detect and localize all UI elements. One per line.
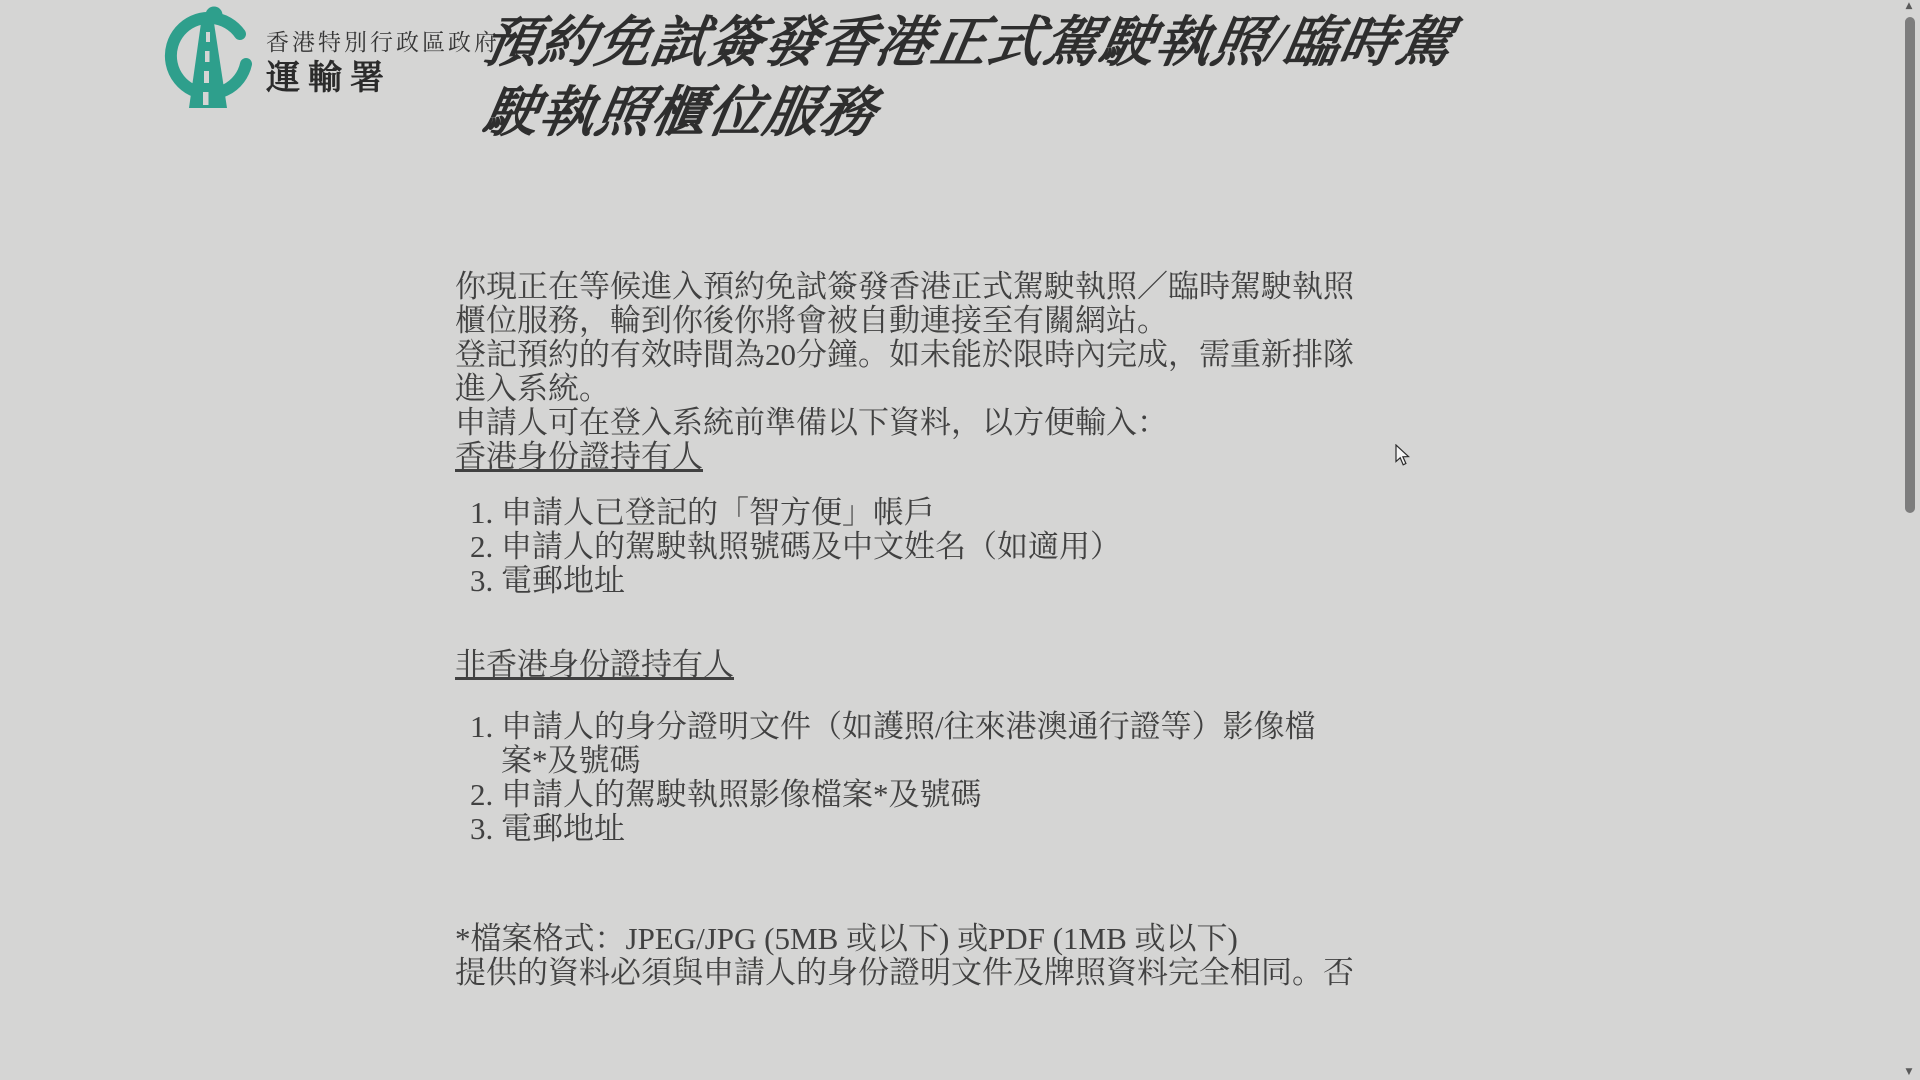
non-hkid-holders-list: 申請人的身分證明文件（如護照/往來港澳通行證等）影像檔案*及號碼 申請人的駕駛執… [455, 710, 1371, 846]
dept-name: 運輸署 [266, 58, 500, 100]
hkid-holders-list: 申請人已登記的「智方便」帳戶 申請人的駕駛執照號碼及中文姓名（如適用） 電郵地址 [455, 496, 1371, 598]
queue-notice: 你現正在等候進入預約免試簽發香港正式駕駛執照／臨時駕駛執照櫃位服務，輪到你後你將… [455, 270, 1371, 338]
header-brand: 香港特別行政區政府 運輸署 [156, 6, 500, 108]
list-item: 申請人的駕駛執照影像檔案*及號碼 [501, 778, 1341, 812]
file-format-note: *檔案格式：JPEG/JPG (5MB 或以下) 或PDF (1MB 或以下) [455, 922, 1371, 956]
transport-department-logo-icon [156, 6, 252, 108]
gov-title: 香港特別行政區政府 [266, 28, 500, 58]
mouse-cursor-icon [1395, 444, 1413, 468]
main-content: 你現正在等候進入預約免試簽發香港正式駕駛執照／臨時駕駛執照櫃位服務，輪到你後你將… [455, 270, 1371, 990]
prepare-notice: 申請人可在登入系統前準備以下資料，以方便輸入： [455, 406, 1371, 440]
scroll-up-icon[interactable]: ▲ [1898, 1, 1920, 11]
scrollbar-thumb[interactable] [1905, 17, 1915, 513]
list-item: 電郵地址 [501, 812, 1341, 846]
page-title-line2: 駛執照櫃位服務 [478, 78, 1459, 148]
list-item: 申請人的駕駛執照號碼及中文姓名（如適用） [501, 530, 1341, 564]
time-limit-notice: 登記預約的有效時間為20分鐘。如未能於限時內完成，需重新排隊進入系統。 [455, 338, 1371, 406]
page-title: 預約免試簽發香港正式駕駛執照/臨時駕 駛執照櫃位服務 [478, 8, 1446, 148]
scroll-down-icon[interactable]: ▼ [1898, 1067, 1920, 1077]
vertical-scrollbar[interactable]: ▲ ▼ [1898, 0, 1920, 1080]
list-item: 電郵地址 [501, 564, 1341, 598]
page-title-line1: 預約免試簽發香港正式駕駛執照/臨時駕 [478, 8, 1459, 78]
hkid-holders-heading: 香港身份證持有人 [455, 440, 1371, 474]
non-hkid-holders-heading: 非香港身份證持有人 [455, 648, 1371, 682]
data-match-notice: 提供的資料必須與申請人的身份證明文件及牌照資料完全相同。否 [455, 956, 1371, 990]
list-item: 申請人已登記的「智方便」帳戶 [501, 496, 1341, 530]
list-item: 申請人的身分證明文件（如護照/往來港澳通行證等）影像檔案*及號碼 [501, 710, 1341, 778]
